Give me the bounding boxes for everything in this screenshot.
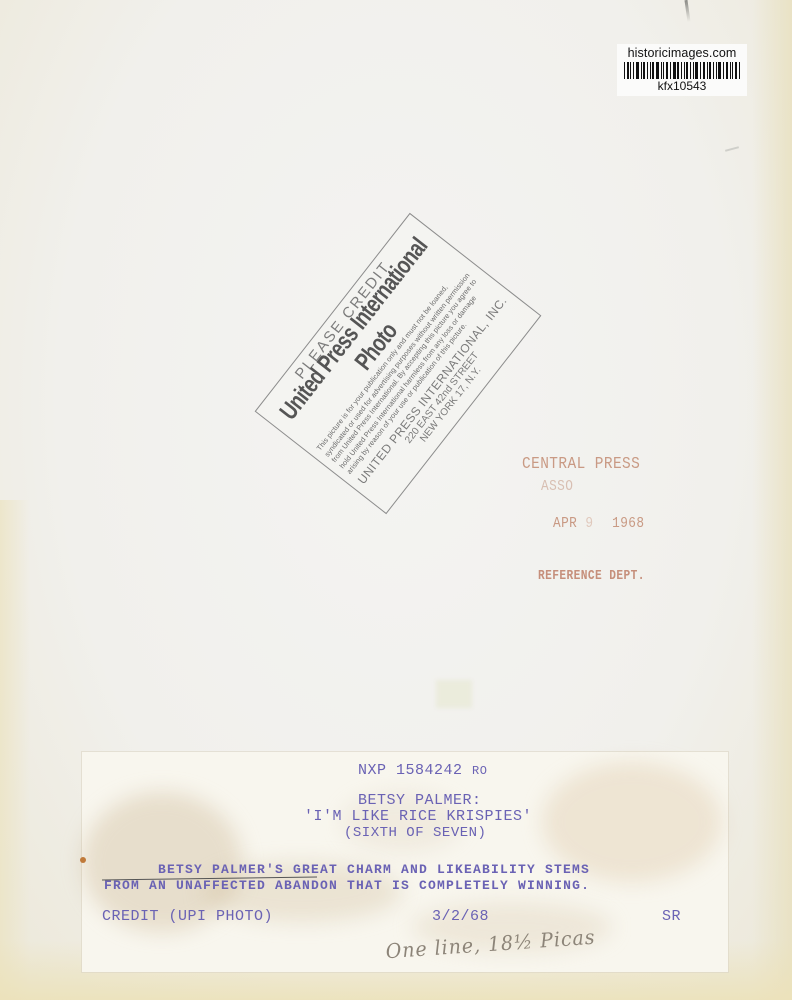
date-year: 1968 [612,515,644,532]
caption-body-line1: BETSY PALMER'S GREAT CHARM AND LIKEABILI… [158,862,590,877]
scratch-mark [725,146,739,152]
caption-nxp-number: NXP 1584242 RO [358,762,487,779]
caption-series: (SIXTH OF SEVEN) [344,825,486,841]
photo-back-page: historicimages.com kfx10543 PLEASE CREDI… [0,0,792,1000]
barcode-icon [624,62,740,79]
archive-barcode-label: historicimages.com kfx10543 [617,44,747,96]
caption-slip: NXP 1584242 RO BETSY PALMER: 'I'M LIKE R… [82,752,728,972]
aged-edge-right [752,0,792,1000]
central-press-assoc: ASSO [541,478,573,495]
caption-date: 3/2/68 [432,908,489,925]
caption-credit: CREDIT (UPI PHOTO) [102,908,273,925]
upi-credit-stamp: PLEASE CREDIT United Press International… [255,213,542,514]
scratch-mark [684,0,690,22]
central-press-date: APR 9 1968 [553,515,644,532]
caption-body-line2: FROM AN UNAFFECTED ABANDON THAT IS COMPL… [104,878,590,893]
rust-spot [80,857,86,863]
nxp-id: NXP 1584242 [358,762,463,779]
faint-stain [436,680,472,708]
caption-initials: SR [662,908,681,925]
archive-item-code: kfx10543 [617,79,747,93]
date-day: 9 [585,515,604,532]
central-press-dept: REFERENCE DEPT. [538,568,645,584]
nxp-suffix: RO [472,764,487,778]
archive-site-name: historicimages.com [617,46,747,60]
caption-subheading: 'I'M LIKE RICE KRISPIES' [304,808,532,825]
aged-edge-left [0,500,30,1000]
central-press-name: CENTRAL PRESS [522,455,640,474]
caption-heading: BETSY PALMER: [358,792,482,809]
date-month: APR [553,515,577,532]
